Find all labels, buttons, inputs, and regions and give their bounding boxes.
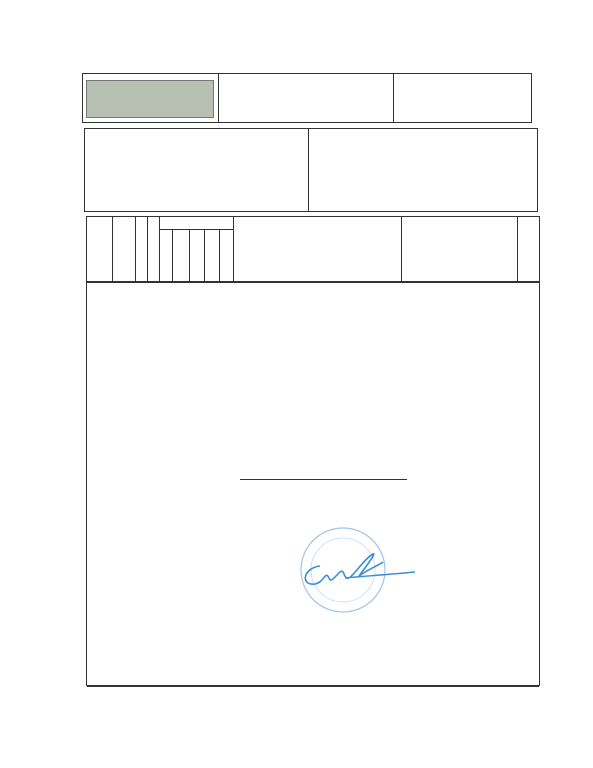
engineer-stamp-signature <box>285 518 420 623</box>
company-logo-block <box>86 80 214 118</box>
drilling-info-box <box>84 128 538 212</box>
